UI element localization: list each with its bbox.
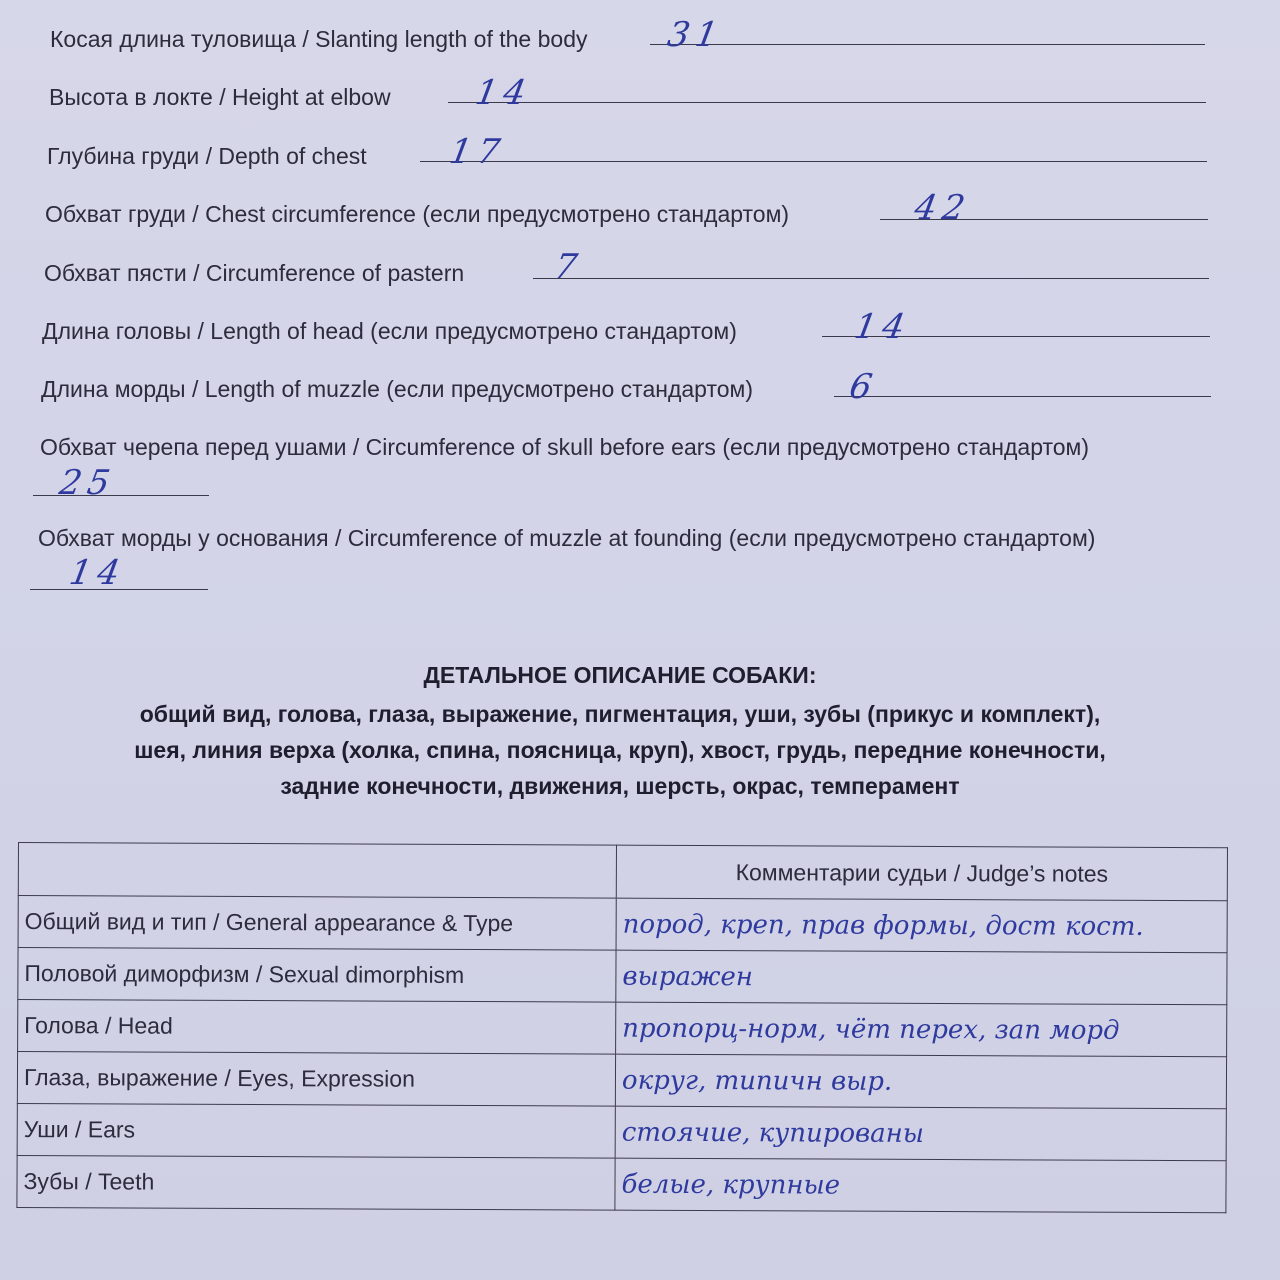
judge-note-sexual-dimorphism[interactable]: выражен (616, 950, 1227, 1005)
table-row: Уши / Ears стоячие, купированы (17, 1103, 1226, 1160)
judge-note-eyes-expression[interactable]: округ, типичн выр. (615, 1054, 1226, 1109)
row-label-sexual-dimorphism: Половой диморфизм / Sexual dimorphism (18, 948, 616, 1003)
table-row: Голова / Head пропорц-норм, чёт перех, з… (18, 1000, 1227, 1057)
measurement-muzzle-length: Длина морды / Length of muzzle (если пре… (41, 376, 753, 403)
measurement-line (420, 161, 1207, 162)
table-header-judge-notes: Комментарии судьи / Judge’s notes (616, 845, 1227, 901)
measurement-slanting-length: Косая длина туловища / Slanting length o… (50, 26, 587, 53)
measurement-head-length: Длина головы / Length of head (если пред… (42, 318, 737, 345)
measurement-label: Длина головы / Length of head (если пред… (42, 318, 737, 345)
table-row: Зубы / Teeth белые, крупные (17, 1155, 1226, 1212)
measurement-line (448, 102, 1206, 103)
measurement-label: Высота в локте / Height at elbow (49, 84, 391, 111)
measurement-value[interactable]: 42 (912, 191, 973, 225)
row-label-general-appearance: Общий вид и тип / General appearance & T… (18, 896, 616, 951)
measurement-value[interactable]: 25 (57, 466, 118, 500)
measurement-label: Обхват черепа перед ушами / Circumferenc… (40, 434, 1089, 461)
row-label-head: Голова / Head (18, 1000, 616, 1055)
table-row: Глаза, выражение / Eyes, Expression окру… (17, 1052, 1226, 1109)
measurement-muzzle-circumference: Обхват морды у основания / Circumference… (38, 525, 1095, 552)
judge-note-head[interactable]: пропорц-норм, чёт перех, зап морд (616, 1002, 1227, 1057)
measurement-label: Обхват пясти / Circumference of pastern (44, 260, 464, 287)
row-label-teeth: Зубы / Teeth (17, 1155, 615, 1210)
description-line: задние конечности, движения, шерсть, окр… (0, 773, 1240, 800)
measurement-value[interactable]: 31 (665, 18, 726, 52)
measurement-line (834, 396, 1211, 397)
judge-note-general-appearance[interactable]: пород, креп, прав формы, дост кост. (616, 898, 1227, 953)
measurement-value[interactable]: 6 (847, 370, 881, 404)
judge-note-ears[interactable]: стоячие, купированы (615, 1106, 1226, 1161)
description-line: общий вид, голова, глаза, выражение, пиг… (0, 701, 1240, 728)
measurement-value[interactable]: 14 (473, 76, 534, 110)
table-row: Половой диморфизм / Sexual dimorphism вы… (18, 948, 1227, 1005)
measurement-line (533, 278, 1209, 279)
judge-notes-table: Комментарии судьи / Judge’s notes Общий … (16, 842, 1228, 1213)
measurement-depth-chest: Глубина груди / Depth of chest (47, 143, 367, 170)
measurement-value[interactable]: 14 (67, 556, 128, 590)
measurement-label: Косая длина туловища / Slanting length o… (50, 26, 587, 53)
measurement-value[interactable]: 17 (447, 135, 508, 169)
measurement-value[interactable]: 14 (852, 310, 913, 344)
measurement-label: Обхват груди / Chest circumference (если… (45, 201, 789, 228)
description-title: ДЕТАЛЬНОЕ ОПИСАНИЕ СОБАКИ: (0, 662, 1240, 689)
description-line: шея, линия верха (холка, спина, поясница… (0, 737, 1240, 764)
table-row: Общий вид и тип / General appearance & T… (18, 896, 1227, 953)
table-header-row: Комментарии судьи / Judge’s notes (18, 843, 1227, 901)
measurement-label: Глубина груди / Depth of chest (47, 143, 367, 170)
measurement-chest-circumference: Обхват груди / Chest circumference (если… (45, 201, 789, 228)
measurement-label: Обхват морды у основания / Circumference… (38, 525, 1095, 552)
measurement-skull-circumference: Обхват черепа перед ушами / Circumferenc… (40, 434, 1089, 461)
measurement-line (650, 44, 1205, 45)
measurement-label: Длина морды / Length of muzzle (если пре… (41, 376, 753, 403)
measurement-height-elbow: Высота в локте / Height at elbow (49, 84, 391, 111)
row-label-ears: Уши / Ears (17, 1103, 615, 1158)
measurement-pastern: Обхват пясти / Circumference of pastern (44, 260, 464, 287)
row-label-eyes-expression: Глаза, выражение / Eyes, Expression (17, 1052, 615, 1107)
dog-measurement-form: Косая длина туловища / Slanting length o… (0, 0, 1280, 1280)
table-header-empty (18, 843, 616, 899)
judge-note-teeth[interactable]: белые, крупные (615, 1158, 1226, 1213)
